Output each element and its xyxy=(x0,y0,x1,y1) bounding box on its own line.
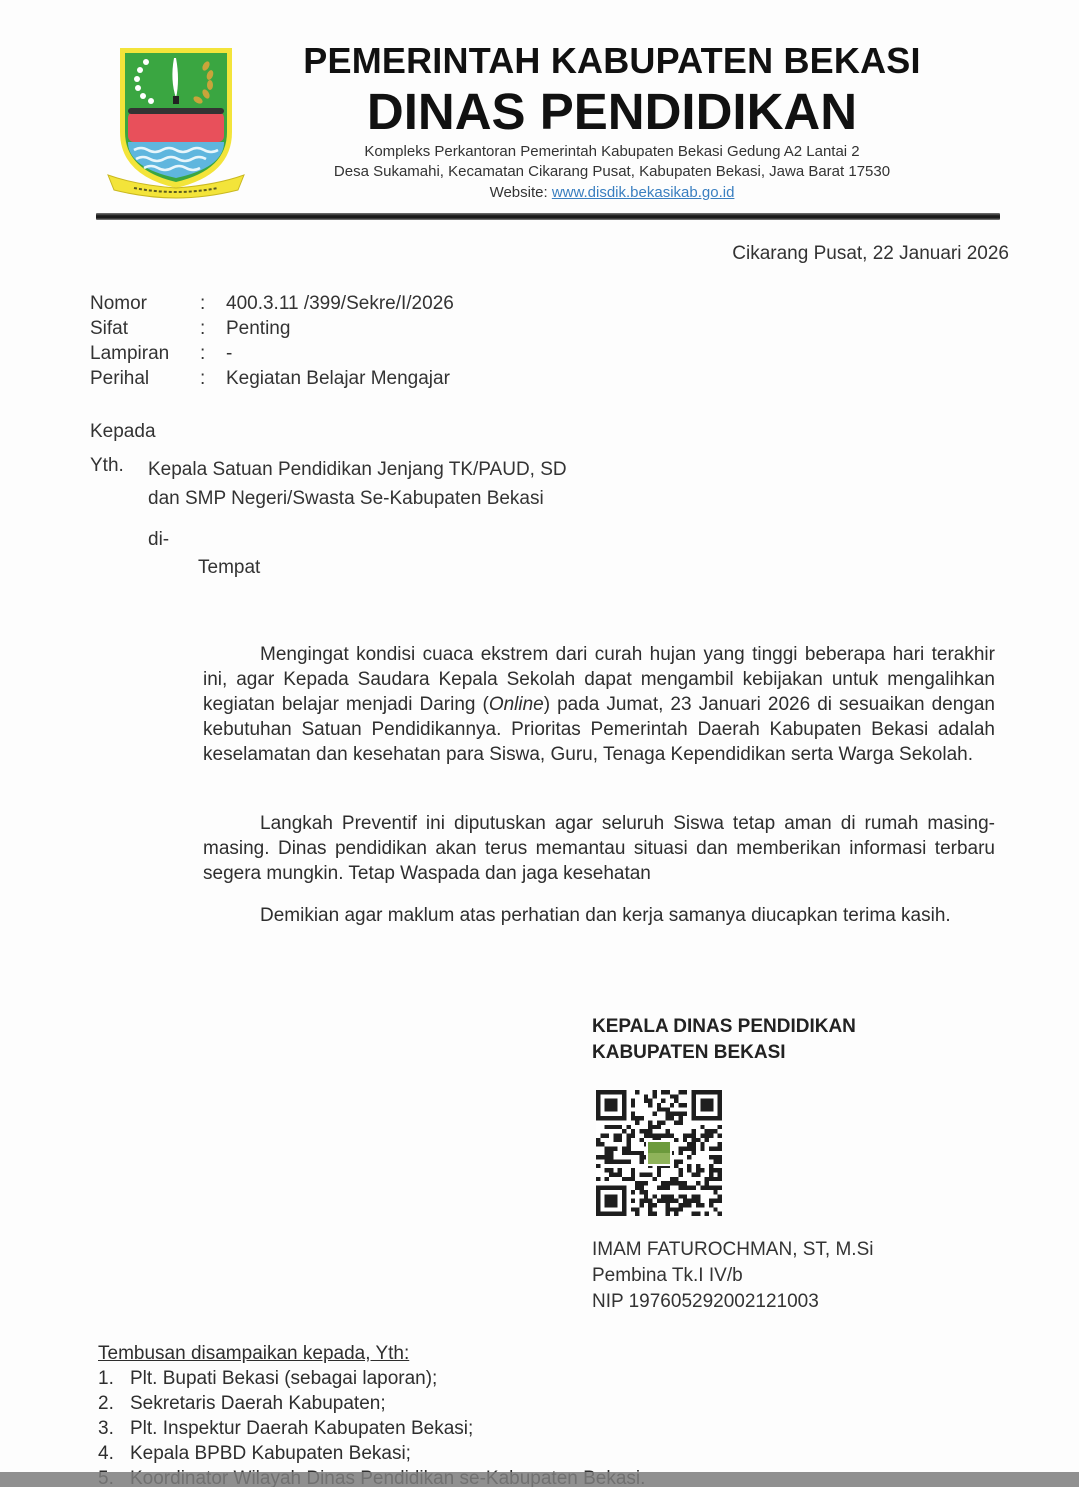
letterhead-government: PEMERINTAH KABUPATEN BEKASI xyxy=(262,40,962,82)
place-date: Cikarang Pusat, 22 Januari 2026 xyxy=(732,243,1009,265)
letterhead-address-line1: Kompleks Perkantoran Pemerintah Kabupate… xyxy=(262,143,962,160)
meta-colon: : xyxy=(200,291,226,316)
cc-text: Plt. Inspektur Daerah Kabupaten Bekasi; xyxy=(130,1416,473,1441)
list-item: 4.Kepala BPBD Kabupaten Bekasi; xyxy=(98,1441,645,1466)
qr-code-icon xyxy=(596,1090,722,1216)
list-item: 2.Sekretaris Daerah Kabupaten; xyxy=(98,1391,645,1416)
p1-italic-online: Online xyxy=(489,694,544,715)
letter-metadata: Nomor : 400.3.11 /399/Sekre/I/2026 Sifat… xyxy=(90,291,454,391)
meta-key: Perihal xyxy=(90,366,200,391)
website-link[interactable]: www.disdik.bekasikab.go.id xyxy=(552,184,735,201)
signature-title: KEPALA DINAS PENDIDIKAN KABUPATEN BEKASI xyxy=(592,1014,856,1066)
body-paragraph-1: Mengingat kondisi cuaca ekstrem dari cur… xyxy=(203,642,995,767)
recipient-addressee: Kepala Satuan Pendidikan Jenjang TK/PAUD… xyxy=(148,455,567,513)
signature-title-line1: KEPALA DINAS PENDIDIKAN xyxy=(592,1014,856,1040)
letterhead-divider xyxy=(96,213,1000,220)
meta-key: Nomor xyxy=(90,291,200,316)
website-label: Website: xyxy=(490,184,552,201)
meta-colon: : xyxy=(200,316,226,341)
cc-text: Kepala BPBD Kabupaten Bekasi; xyxy=(130,1441,411,1466)
meta-row-perihal: Perihal : Kegiatan Belajar Mengajar xyxy=(90,366,454,391)
meta-key: Sifat xyxy=(90,316,200,341)
letterhead-agency: DINAS PENDIDIKAN xyxy=(262,82,962,141)
p2-text: Langkah Preventif ini diputuskan agar se… xyxy=(203,811,995,886)
signatory-rank: Pembina Tk.I IV/b xyxy=(592,1263,873,1289)
body-paragraph-2: Langkah Preventif ini diputuskan agar se… xyxy=(203,811,995,886)
recipient-kepada: Kepada xyxy=(90,421,156,443)
letterhead-address-line2: Desa Sukamahi, Kecamatan Cikarang Pusat,… xyxy=(262,163,962,180)
meta-value: - xyxy=(226,341,232,366)
meta-row-sifat: Sifat : Penting xyxy=(90,316,454,341)
meta-colon: : xyxy=(200,341,226,366)
meta-value: 400.3.11 /399/Sekre/I/2026 xyxy=(226,291,454,316)
cc-num: 4. xyxy=(98,1441,130,1466)
signature-title-line2: KABUPATEN BEKASI xyxy=(592,1040,856,1066)
carbon-copy-list: Tembusan disampaikan kepada, Yth: 1.Plt.… xyxy=(98,1341,645,1487)
signatory-name: IMAM FATUROCHMAN, ST, M.Si xyxy=(592,1237,873,1263)
signatory: IMAM FATUROCHMAN, ST, M.Si Pembina Tk.I … xyxy=(592,1237,873,1315)
recipient-yth: Yth. xyxy=(90,455,124,477)
list-item: 1.Plt. Bupati Bekasi (sebagai laporan); xyxy=(98,1366,645,1391)
meta-row-lampiran: Lampiran : - xyxy=(90,341,454,366)
cc-num: 2. xyxy=(98,1391,130,1416)
letterhead-website: Website: www.disdik.bekasikab.go.id xyxy=(262,184,962,201)
p3-text: Demikian agar maklum atas perhatian dan … xyxy=(203,903,995,928)
signatory-nip: NIP 197605292002121003 xyxy=(592,1289,873,1315)
meta-value: Kegiatan Belajar Mengajar xyxy=(226,366,450,391)
cc-num: 3. xyxy=(98,1416,130,1441)
meta-key: Lampiran xyxy=(90,341,200,366)
recipient-tempat: Tempat xyxy=(198,557,260,579)
body-paragraph-3: Demikian agar maklum atas perhatian dan … xyxy=(203,903,995,928)
bottom-overlay-bar xyxy=(0,1472,1079,1487)
meta-value: Penting xyxy=(226,316,290,341)
addressee-line1: Kepala Satuan Pendidikan Jenjang TK/PAUD… xyxy=(148,455,567,484)
meta-row-nomor: Nomor : 400.3.11 /399/Sekre/I/2026 xyxy=(90,291,454,316)
recipient-di: di- xyxy=(148,529,169,551)
meta-colon: : xyxy=(200,366,226,391)
cc-text: Sekretaris Daerah Kabupaten; xyxy=(130,1391,386,1416)
list-item: 3.Plt. Inspektur Daerah Kabupaten Bekasi… xyxy=(98,1416,645,1441)
kabupaten-bekasi-logo-icon xyxy=(106,40,246,200)
addressee-line2: dan SMP Negeri/Swasta Se-Kabupaten Bekas… xyxy=(148,484,567,513)
cc-title: Tembusan disampaikan kepada, Yth: xyxy=(98,1341,645,1366)
cc-num: 1. xyxy=(98,1366,130,1391)
cc-text: Plt. Bupati Bekasi (sebagai laporan); xyxy=(130,1366,437,1391)
